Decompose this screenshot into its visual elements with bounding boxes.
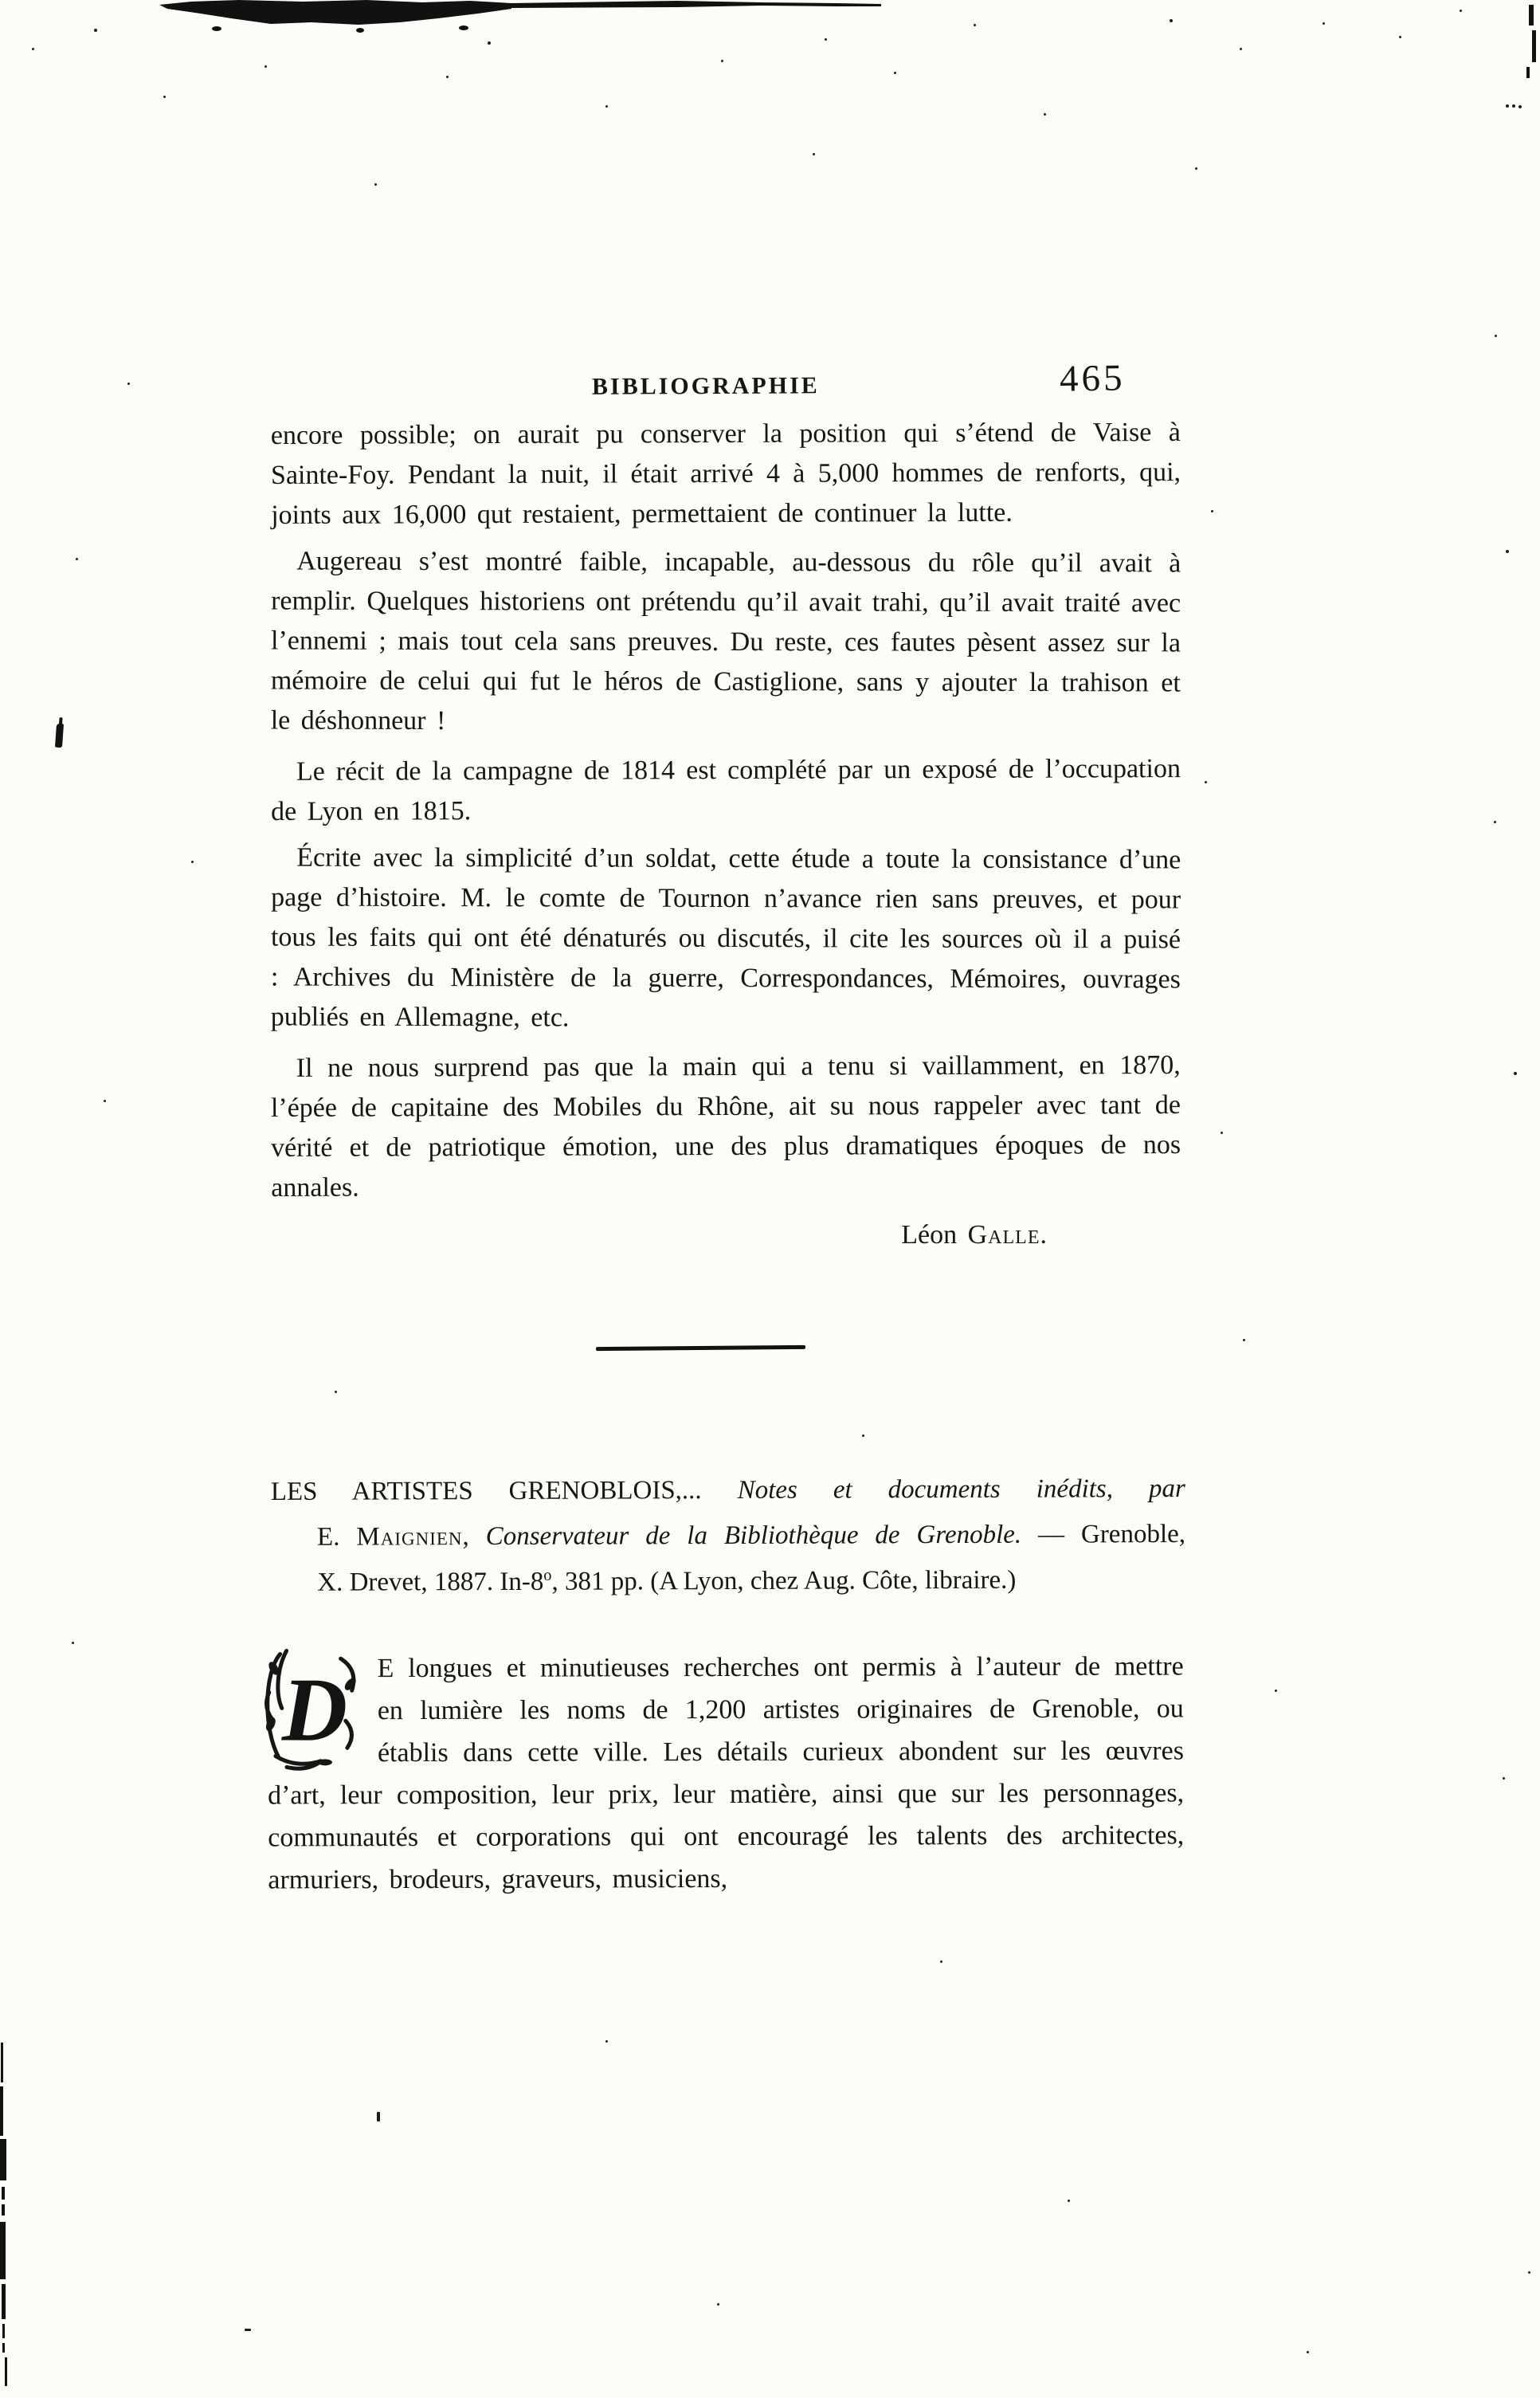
scan-streak-right: [1529, 5, 1534, 26]
review-text-column: encore possible; on aurait pu conserver …: [271, 414, 1181, 1264]
review-opening-paragraph: D E longues et minutieuses recherches on…: [268, 1645, 1185, 1901]
paragraph: Le récit de la campagne de 1814 est comp…: [271, 749, 1181, 832]
entry-line: E. Maignien, Conservateur de la Biblioth…: [271, 1512, 1185, 1560]
scan-ink-blot: [55, 724, 64, 748]
bibliography-entry: LES ARTISTES GRENOBLOIS,... Notes et doc…: [271, 1466, 1186, 1606]
paragraph: Écrite avec la simplicité d’un soldat, c…: [271, 838, 1181, 1040]
ornamental-initial-letter: D: [281, 1658, 348, 1760]
scan-line-left: [1, 2043, 3, 2082]
entry-line: LES ARTISTES GRENOBLOIS,... Notes et doc…: [271, 1466, 1185, 1515]
paragraph-text: E longues et minutieuses recherches ont …: [268, 1651, 1184, 1894]
entry-line: X. Drevet, 1887. In-8o, 381 pp. (A Lyon,…: [271, 1557, 1185, 1606]
scan-line-left: [2, 2284, 6, 2319]
reviewer-signature: Léon Galle.: [271, 1215, 1181, 1255]
scan-line-left: [0, 2222, 6, 2279]
entry-author-initial: E.: [317, 1523, 356, 1552]
signature-family-name: Galle: [968, 1220, 1040, 1250]
signature-period: .: [1040, 1220, 1048, 1250]
paragraph: Augereau s’est montré faible, incapable,…: [271, 542, 1181, 744]
section-divider-rule: [596, 1345, 805, 1351]
scan-line-left: [5, 2357, 7, 2386]
scan-smudge-top: [120, 0, 916, 48]
entry-title: LES ARTISTES GRENOBLOIS,...: [271, 1476, 738, 1506]
ornamental-initial: D: [263, 1650, 368, 1733]
signature-given-name: Léon: [901, 1220, 967, 1250]
scan-line-left: [2, 2204, 5, 2216]
entry-separator: ,: [462, 1522, 485, 1551]
scanned-book-page: { "page_header": { "running_title": "BIB…: [0, 0, 1540, 2398]
paragraph: Il ne nous surprend pas que la main qui …: [271, 1046, 1181, 1208]
entry-author-name: Maignien: [356, 1522, 462, 1551]
scan-line-left: [2, 2324, 5, 2338]
entry-author-title: Conservateur de la Bibliothèque de Greno…: [486, 1521, 1022, 1551]
scan-streak-right: [1526, 67, 1530, 78]
scan-streak-right: [1532, 30, 1536, 62]
scan-line-left: [2, 2343, 5, 2353]
paragraph: encore possible; on aurait pu conserver …: [271, 413, 1181, 536]
running-title: BIBLIOGRAPHIE: [592, 372, 820, 400]
entry-format-ordinal: o: [543, 1567, 551, 1584]
entry-subtitle: Notes et documents inédits, par: [738, 1474, 1185, 1505]
page-number: 465: [1060, 356, 1126, 400]
entry-place: — Grenoble,: [1021, 1520, 1185, 1549]
entry-imprint: , 381 pp. (A Lyon, chez Aug. Côte, libra…: [551, 1566, 1016, 1596]
entry-imprint: X. Drevet, 1887. In-8: [317, 1568, 543, 1597]
scan-line-left: [2, 2187, 5, 2200]
scan-line-left: [0, 2086, 3, 2136]
scan-line-left: [0, 2139, 6, 2180]
